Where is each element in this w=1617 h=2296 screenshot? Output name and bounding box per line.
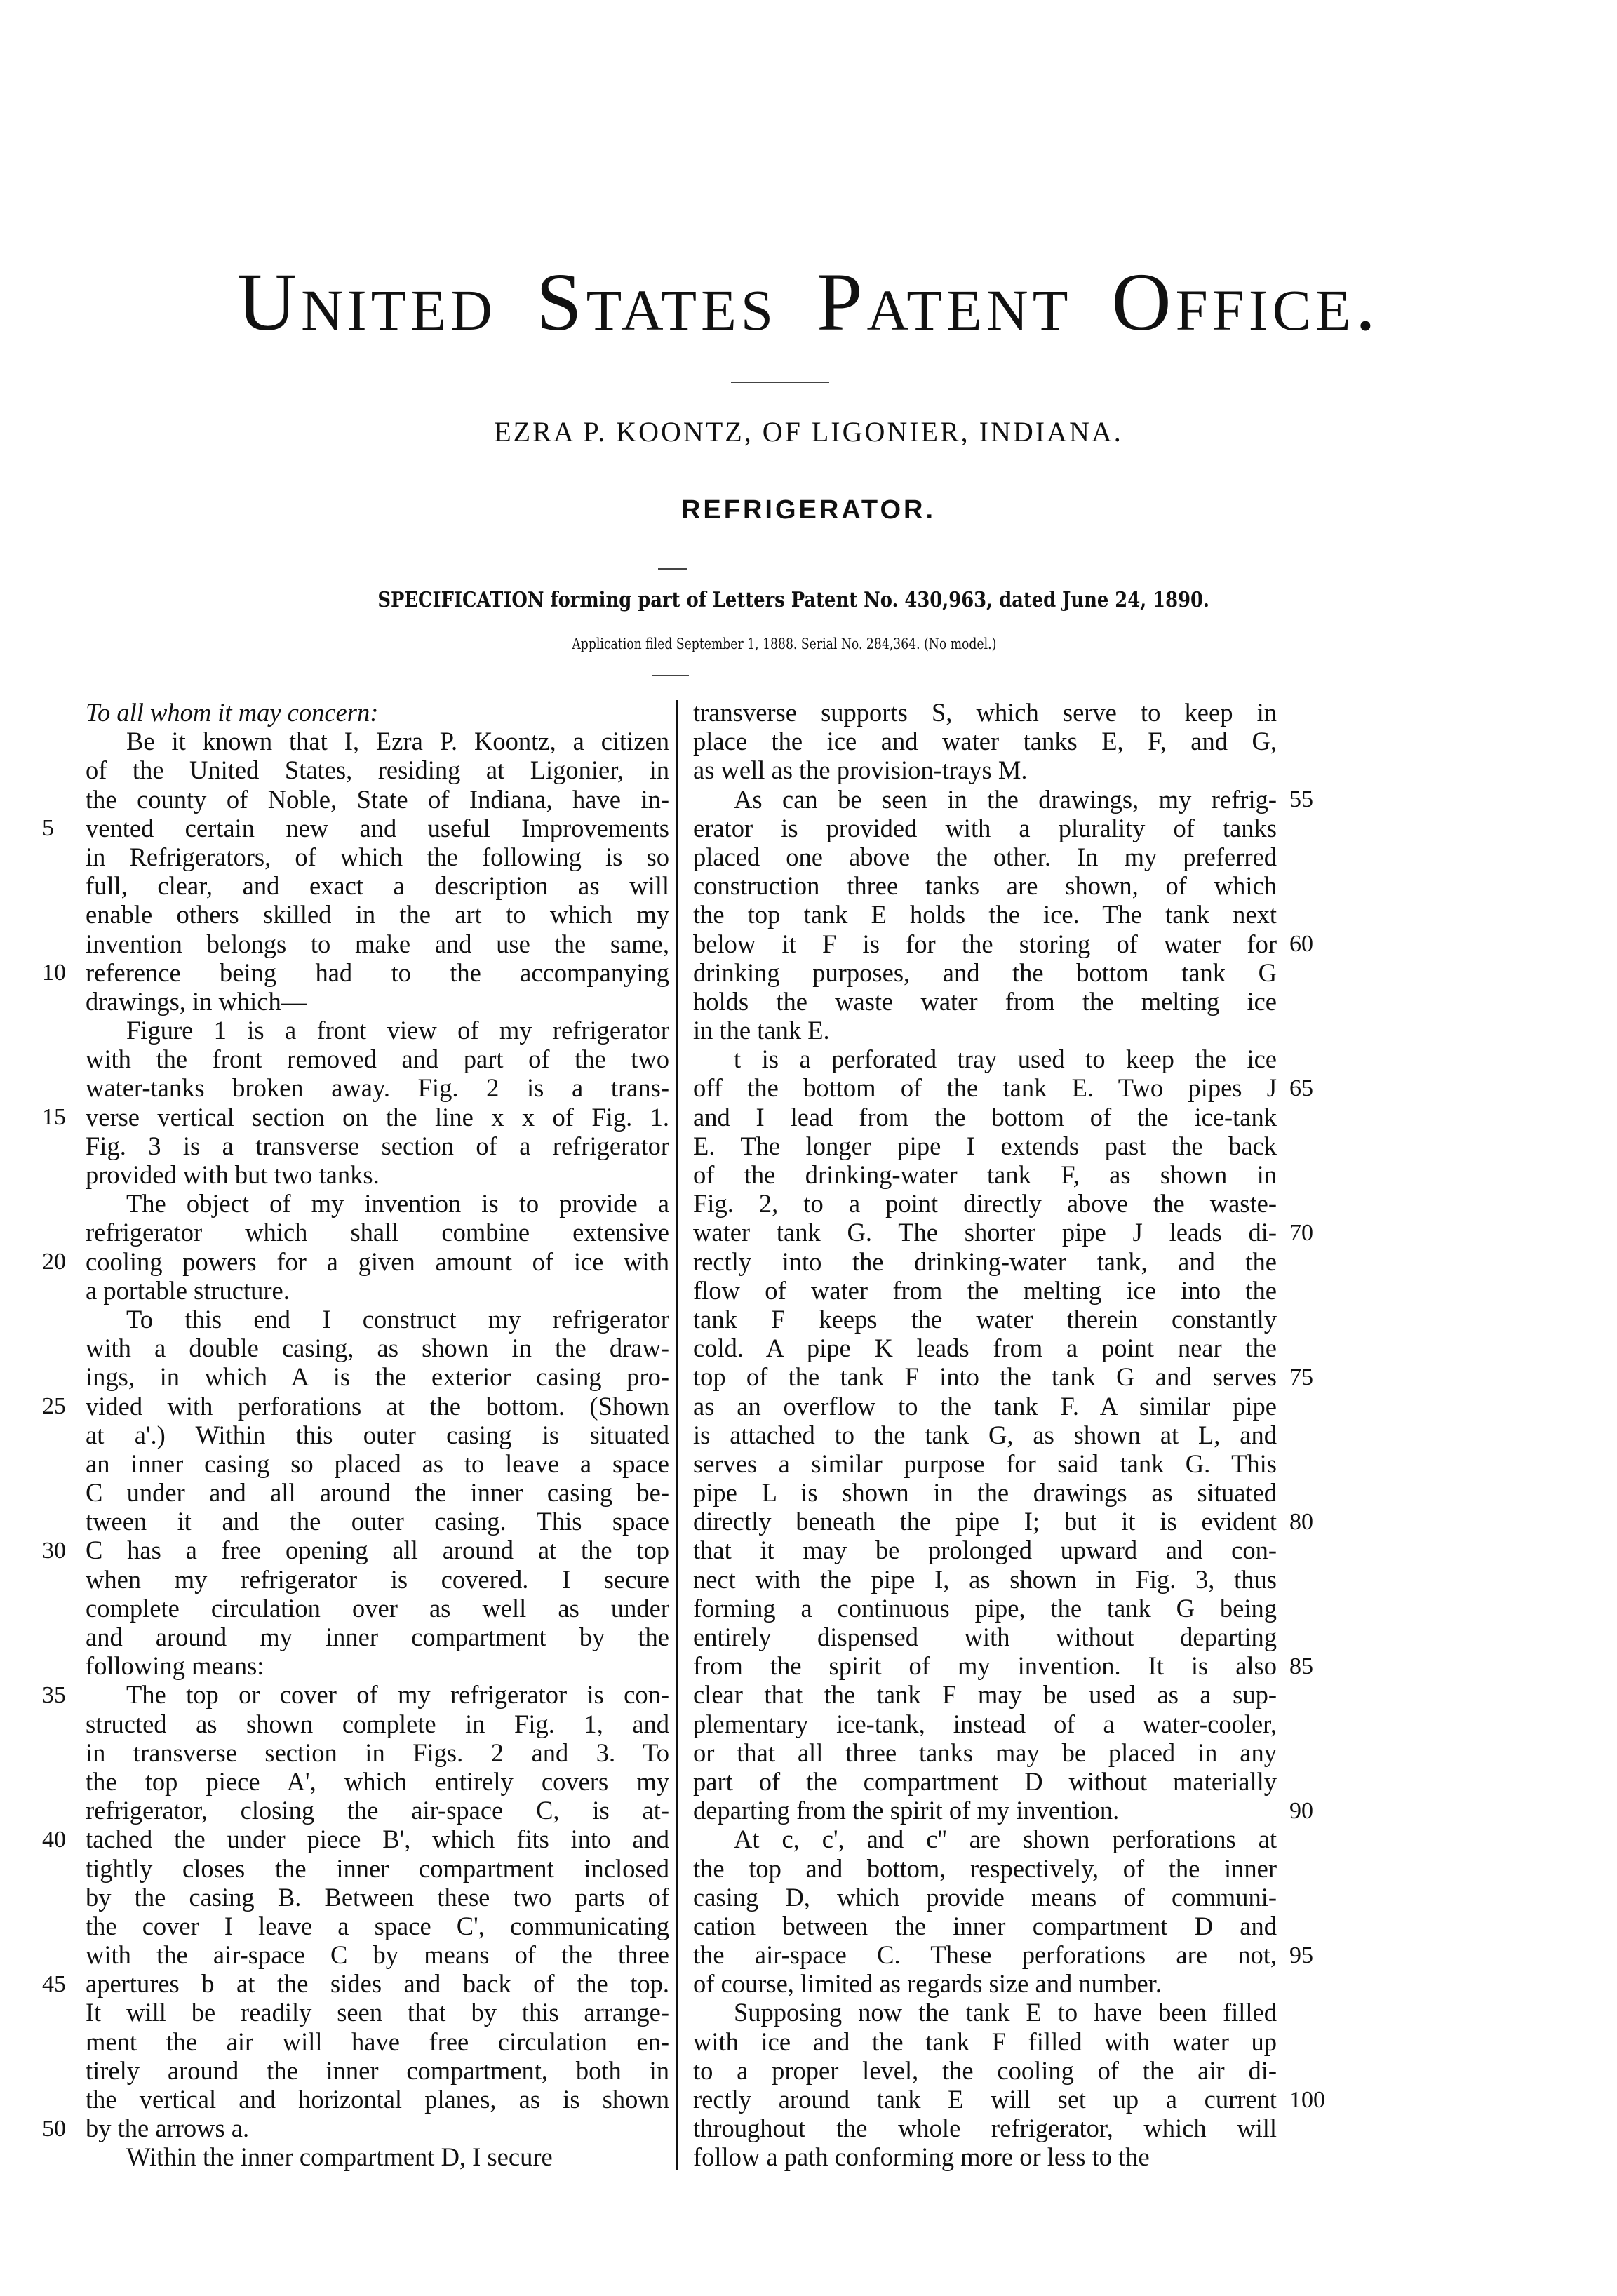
line-number: 45	[42, 1970, 77, 1999]
text-line: vented certain new and useful Improvemen…	[86, 814, 669, 842]
text-line: with the air-space C by means of the thr…	[86, 1940, 669, 1969]
text-line: complete circulation over as well as und…	[86, 1594, 669, 1623]
line-number: 90	[1289, 1797, 1346, 1825]
header-rule	[652, 675, 689, 676]
text-line: following means:	[86, 1651, 669, 1680]
text-line: To all whom it may concern:	[86, 698, 669, 727]
text-line: with the front removed and part of the t…	[86, 1045, 669, 1073]
text-line: of course, limited as regards size and n…	[693, 1969, 1277, 1998]
text-line: C under and all around the inner casing …	[86, 1478, 669, 1507]
invention-rule	[658, 568, 687, 570]
line-number: 25	[42, 1392, 77, 1421]
text-line: cold. A pipe K leads from a point near t…	[693, 1334, 1277, 1362]
text-line: the top piece A', which entirely covers …	[86, 1767, 669, 1796]
text-line: of the United States, residing at Ligoni…	[86, 756, 669, 784]
patent-page: UnitedStatesPatentOffice. EZRA P. KOONTZ…	[0, 0, 1617, 2296]
text-line: cation between the inner compartment D a…	[693, 1912, 1277, 1940]
text-line: erator is provided with a plurality of t…	[693, 814, 1277, 842]
text-line: The object of my invention is to provide…	[86, 1189, 669, 1218]
application-line: Application filed September 1, 1888. Ser…	[121, 636, 1447, 652]
text-line: the top tank E holds the ice. The tank n…	[693, 900, 1277, 929]
line-number: 5	[42, 814, 77, 842]
text-line: ment the air will have free circulation …	[86, 2027, 669, 2056]
text-line: Fig. 2, to a point directly above the wa…	[693, 1189, 1277, 1218]
text-line: top of the tank F into the tank G and se…	[693, 1362, 1277, 1391]
text-line: rectly around tank E will set up a curre…	[693, 2085, 1277, 2114]
text-line: water-tanks broken away. Fig. 2 is a tra…	[86, 1073, 669, 1102]
text-line: part of the compartment D without materi…	[693, 1767, 1277, 1796]
text-line: the top and bottom, respectively, of the…	[693, 1854, 1277, 1883]
text-line: E. The longer pipe I extends past the ba…	[693, 1132, 1277, 1160]
line-number: 20	[42, 1247, 77, 1276]
text-line: t is a perforated tray used to keep the …	[693, 1045, 1277, 1073]
text-line: tightly closes the inner compartment inc…	[86, 1854, 669, 1883]
text-line: by the arrows a.	[86, 2114, 669, 2142]
text-line: when my refrigerator is covered. I secur…	[86, 1565, 669, 1594]
text-line: casing D, which provide means of communi…	[693, 1883, 1277, 1912]
text-line: tached the under piece B', which fits in…	[86, 1825, 669, 1853]
text-line: refrigerator which shall combine extensi…	[86, 1218, 669, 1247]
text-line: flow of water from the melting ice into …	[693, 1276, 1277, 1305]
text-line: as an overflow to the tank F. A similar …	[693, 1392, 1277, 1421]
specification-label: SPECIFICATION	[377, 588, 544, 612]
text-line: cooling powers for a given amount of ice…	[86, 1247, 669, 1276]
text-line: tank F keeps the water therein constantl…	[693, 1305, 1277, 1334]
text-line: Be it known that I, Ezra P. Koontz, a ci…	[86, 727, 669, 756]
text-line: is attached to the tank G, as shown at L…	[693, 1421, 1277, 1449]
text-line: in the tank E.	[693, 1016, 1277, 1045]
text-line: to a proper level, the cooling of the ai…	[693, 2056, 1277, 2085]
text-line: with a double casing, as shown in the dr…	[86, 1334, 669, 1362]
text-line: from the spirit of my invention. It is a…	[693, 1651, 1277, 1680]
text-line: the air-space C. These perforations are …	[693, 1940, 1277, 1969]
office-title: UnitedStatesPatentOffice.	[0, 261, 1617, 344]
text-line: an inner casing so placed as to leave a …	[86, 1449, 669, 1478]
line-number: 65	[1289, 1074, 1346, 1103]
text-line: below it F is for the storing of water f…	[693, 929, 1277, 958]
line-number: 70	[1289, 1219, 1346, 1247]
text-line: at a'.) Within this outer casing is situ…	[86, 1421, 669, 1449]
text-line: Figure 1 is a front view of my refrigera…	[86, 1016, 669, 1045]
line-number: 40	[42, 1825, 77, 1854]
text-line: in transverse section in Figs. 2 and 3. …	[86, 1738, 669, 1767]
text-line: Fig. 3 is a transverse section of a refr…	[86, 1132, 669, 1160]
line-number: 10	[42, 958, 77, 987]
line-number: 100	[1289, 2086, 1346, 2114]
text-line: or that all three tanks may be placed in…	[693, 1738, 1277, 1767]
office-title-word: Patent	[817, 256, 1072, 348]
text-line: structed as shown complete in Fig. 1, an…	[86, 1710, 669, 1738]
specification-detail: forming part of Letters Patent No. 430,9…	[544, 588, 1209, 612]
text-line: off the bottom of the tank E. Two pipes …	[693, 1073, 1277, 1102]
text-line: clear that the tank F may be used as a s…	[693, 1680, 1277, 1709]
line-number: 15	[42, 1103, 77, 1132]
line-number: 30	[42, 1536, 77, 1565]
line-number: 50	[42, 2114, 77, 2143]
text-line: in Refrigerators, of which the following…	[86, 842, 669, 871]
text-line: vided with perforations at the bottom. (…	[86, 1392, 669, 1421]
right-text-column: transverse supports S, which serve to ke…	[693, 698, 1277, 2172]
text-line: enable others skilled in the art to whic…	[86, 900, 669, 929]
text-line: rectly into the drinking-water tank, and…	[693, 1247, 1277, 1276]
text-line: tirely around the inner compartment, bot…	[86, 2056, 669, 2085]
text-line: holds the waste water from the melting i…	[693, 987, 1277, 1016]
text-line: place the ice and water tanks E, F, and …	[693, 727, 1277, 756]
text-line: the county of Noble, State of Indiana, h…	[86, 785, 669, 814]
line-number: 55	[1289, 785, 1346, 814]
text-line: forming a continuous pipe, the tank G be…	[693, 1594, 1277, 1623]
text-line: by the casing B. Between these two parts…	[86, 1883, 669, 1912]
text-line: At c, c', and c'' are shown perforations…	[693, 1825, 1277, 1853]
text-line: Within the inner compartment D, I secure	[86, 2142, 669, 2171]
line-number: 75	[1289, 1363, 1346, 1392]
text-line: invention belongs to make and use the sa…	[86, 929, 669, 958]
text-line: departing from the spirit of my inventio…	[693, 1796, 1277, 1825]
text-line: verse vertical section on the line x x o…	[86, 1103, 669, 1132]
office-title-word: Office.	[1111, 256, 1380, 348]
text-line: pipe L is shown in the drawings as situa…	[693, 1478, 1277, 1507]
title-rule	[731, 382, 829, 383]
text-line: It will be readily seen that by this arr…	[86, 1998, 669, 2027]
text-line: ings, in which A is the exterior casing …	[86, 1362, 669, 1391]
text-line: entirely dispensed with without departin…	[693, 1623, 1277, 1651]
text-line: the vertical and horizontal planes, as i…	[86, 2085, 669, 2114]
text-line: the cover I leave a space C', communicat…	[86, 1912, 669, 1940]
text-line: C has a free opening all around at the t…	[86, 1536, 669, 1564]
text-line: of the drinking-water tank F, as shown i…	[693, 1160, 1277, 1189]
text-line: as well as the provision-trays M.	[693, 756, 1277, 784]
text-line: tween it and the outer casing. This spac…	[86, 1507, 669, 1536]
text-line: drinking purposes, and the bottom tank G	[693, 958, 1277, 987]
text-line: To this end I construct my refrigerator	[86, 1305, 669, 1334]
text-line: full, clear, and exact a description as …	[86, 871, 669, 900]
office-title-word: States	[536, 256, 777, 348]
text-line: As can be seen in the drawings, my refri…	[693, 785, 1277, 814]
invention-title: REFRIGERATOR.	[0, 495, 1617, 525]
text-line: The top or cover of my refrigerator is c…	[86, 1680, 669, 1709]
text-line: construction three tanks are shown, of w…	[693, 871, 1277, 900]
specification-line: SPECIFICATION forming part of Letters Pa…	[98, 588, 1489, 612]
text-line: follow a path conforming more or less to…	[693, 2142, 1277, 2171]
text-line: throughout the whole refrigerator, which…	[693, 2114, 1277, 2142]
office-title-word: United	[237, 256, 497, 348]
text-line: transverse supports S, which serve to ke…	[693, 698, 1277, 727]
text-line: and around my inner compartment by the	[86, 1623, 669, 1651]
line-number: 95	[1289, 1941, 1346, 1970]
text-line: placed one above the other. In my prefer…	[693, 842, 1277, 871]
text-line: apertures b at the sides and back of the…	[86, 1969, 669, 1998]
text-line: plementary ice-tank, instead of a water-…	[693, 1710, 1277, 1738]
text-line: refrigerator, closing the air-space C, i…	[86, 1796, 669, 1825]
line-number: 80	[1289, 1508, 1346, 1536]
line-number: 60	[1289, 929, 1346, 958]
inventor-line: EZRA P. KOONTZ, OF LIGONIER, INDIANA.	[0, 415, 1617, 448]
column-divider	[676, 700, 678, 2170]
text-line: that it may be prolonged upward and con-	[693, 1536, 1277, 1564]
text-line: a portable structure.	[86, 1276, 669, 1305]
text-line: reference being had to the accompanying	[86, 958, 669, 987]
text-line: provided with but two tanks.	[86, 1160, 669, 1189]
text-line: and I lead from the bottom of the ice-ta…	[693, 1103, 1277, 1132]
left-text-column: To all whom it may concern:Be it known t…	[86, 698, 669, 2172]
text-line: nect with the pipe I, as shown in Fig. 3…	[693, 1565, 1277, 1594]
line-number: 35	[42, 1681, 77, 1710]
text-line: drawings, in which—	[86, 987, 669, 1016]
text-line: Supposing now the tank E to have been fi…	[693, 1998, 1277, 2027]
text-line: water tank G. The shorter pipe J leads d…	[693, 1218, 1277, 1247]
text-line: directly beneath the pipe I; but it is e…	[693, 1507, 1277, 1536]
text-line: with ice and the tank F filled with wate…	[693, 2027, 1277, 2056]
line-number: 85	[1289, 1652, 1346, 1681]
text-line: serves a similar purpose for said tank G…	[693, 1449, 1277, 1478]
